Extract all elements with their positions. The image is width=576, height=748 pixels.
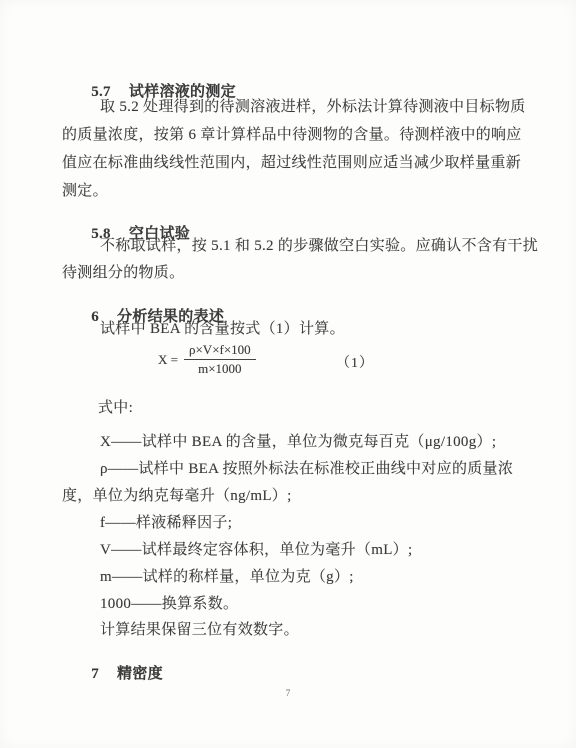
section-number: 5.7 xyxy=(91,84,111,100)
section-title: 精密度 xyxy=(117,666,163,682)
paragraph-line: 测定。 xyxy=(62,183,108,199)
section-title: 试样溶液的测定 xyxy=(129,84,236,100)
formula-lhs: X = xyxy=(158,352,178,368)
paragraph-line: 的质量浓度，按第 6 章计算样品中待测物的含量。待测样液中的响应 xyxy=(62,127,522,143)
result-note: 计算结果保留三位有效数字。 xyxy=(100,622,299,638)
where-label: 式中: xyxy=(98,400,133,416)
definition-f: f——样液稀释因子; xyxy=(100,515,232,531)
paragraph-line: 待测组分的物质。 xyxy=(62,265,184,281)
equation-number: （1） xyxy=(336,352,374,372)
section-number: 7 xyxy=(91,666,99,682)
definition-m: m——试样的称样量，单位为克（g）; xyxy=(100,569,354,585)
document-page: 5.7试样溶液的测定 取 5.2 处理得到的待测溶液进样，外标法计算待测液中目标… xyxy=(0,0,576,748)
definition-rho: ρ——试样中 BEA 按照外标法在标准校正曲线中对应的质量浓 xyxy=(100,461,513,477)
formula-intro: 试样中 BEA 的含量按式（1）计算。 xyxy=(100,321,345,337)
page-number: 7 xyxy=(0,688,576,698)
definition-1000: 1000——换算系数。 xyxy=(100,596,238,612)
definition-X: X——试样中 BEA 的含量，单位为微克每百克（μg/100g）; xyxy=(100,434,496,450)
formula-denominator: m×1000 xyxy=(184,360,256,377)
formula-fraction: ρ×V×f×100 m×1000 xyxy=(184,342,256,377)
section-number: 6 xyxy=(91,309,99,325)
definition-V: V——试样最终定容体积，单位为毫升（mL）; xyxy=(100,542,412,558)
paragraph-line: 值应在标准曲线线性范围内，超过线性范围则应适当减少取样量重新 xyxy=(62,155,521,171)
paragraph-line: 不称取试样，按 5.1 和 5.2 的步骤做空白实验。应确认不含有干扰 xyxy=(100,238,538,254)
paragraph-line: 取 5.2 处理得到的待测溶液进样，外标法计算待测液中目标物质 xyxy=(100,99,526,115)
formula-numerator: ρ×V×f×100 xyxy=(184,342,256,360)
formula-equation: X = ρ×V×f×100 m×1000 xyxy=(158,342,256,377)
definition-rho-cont: 度，单位为纳克每毫升（ng/mL）; xyxy=(62,488,292,504)
